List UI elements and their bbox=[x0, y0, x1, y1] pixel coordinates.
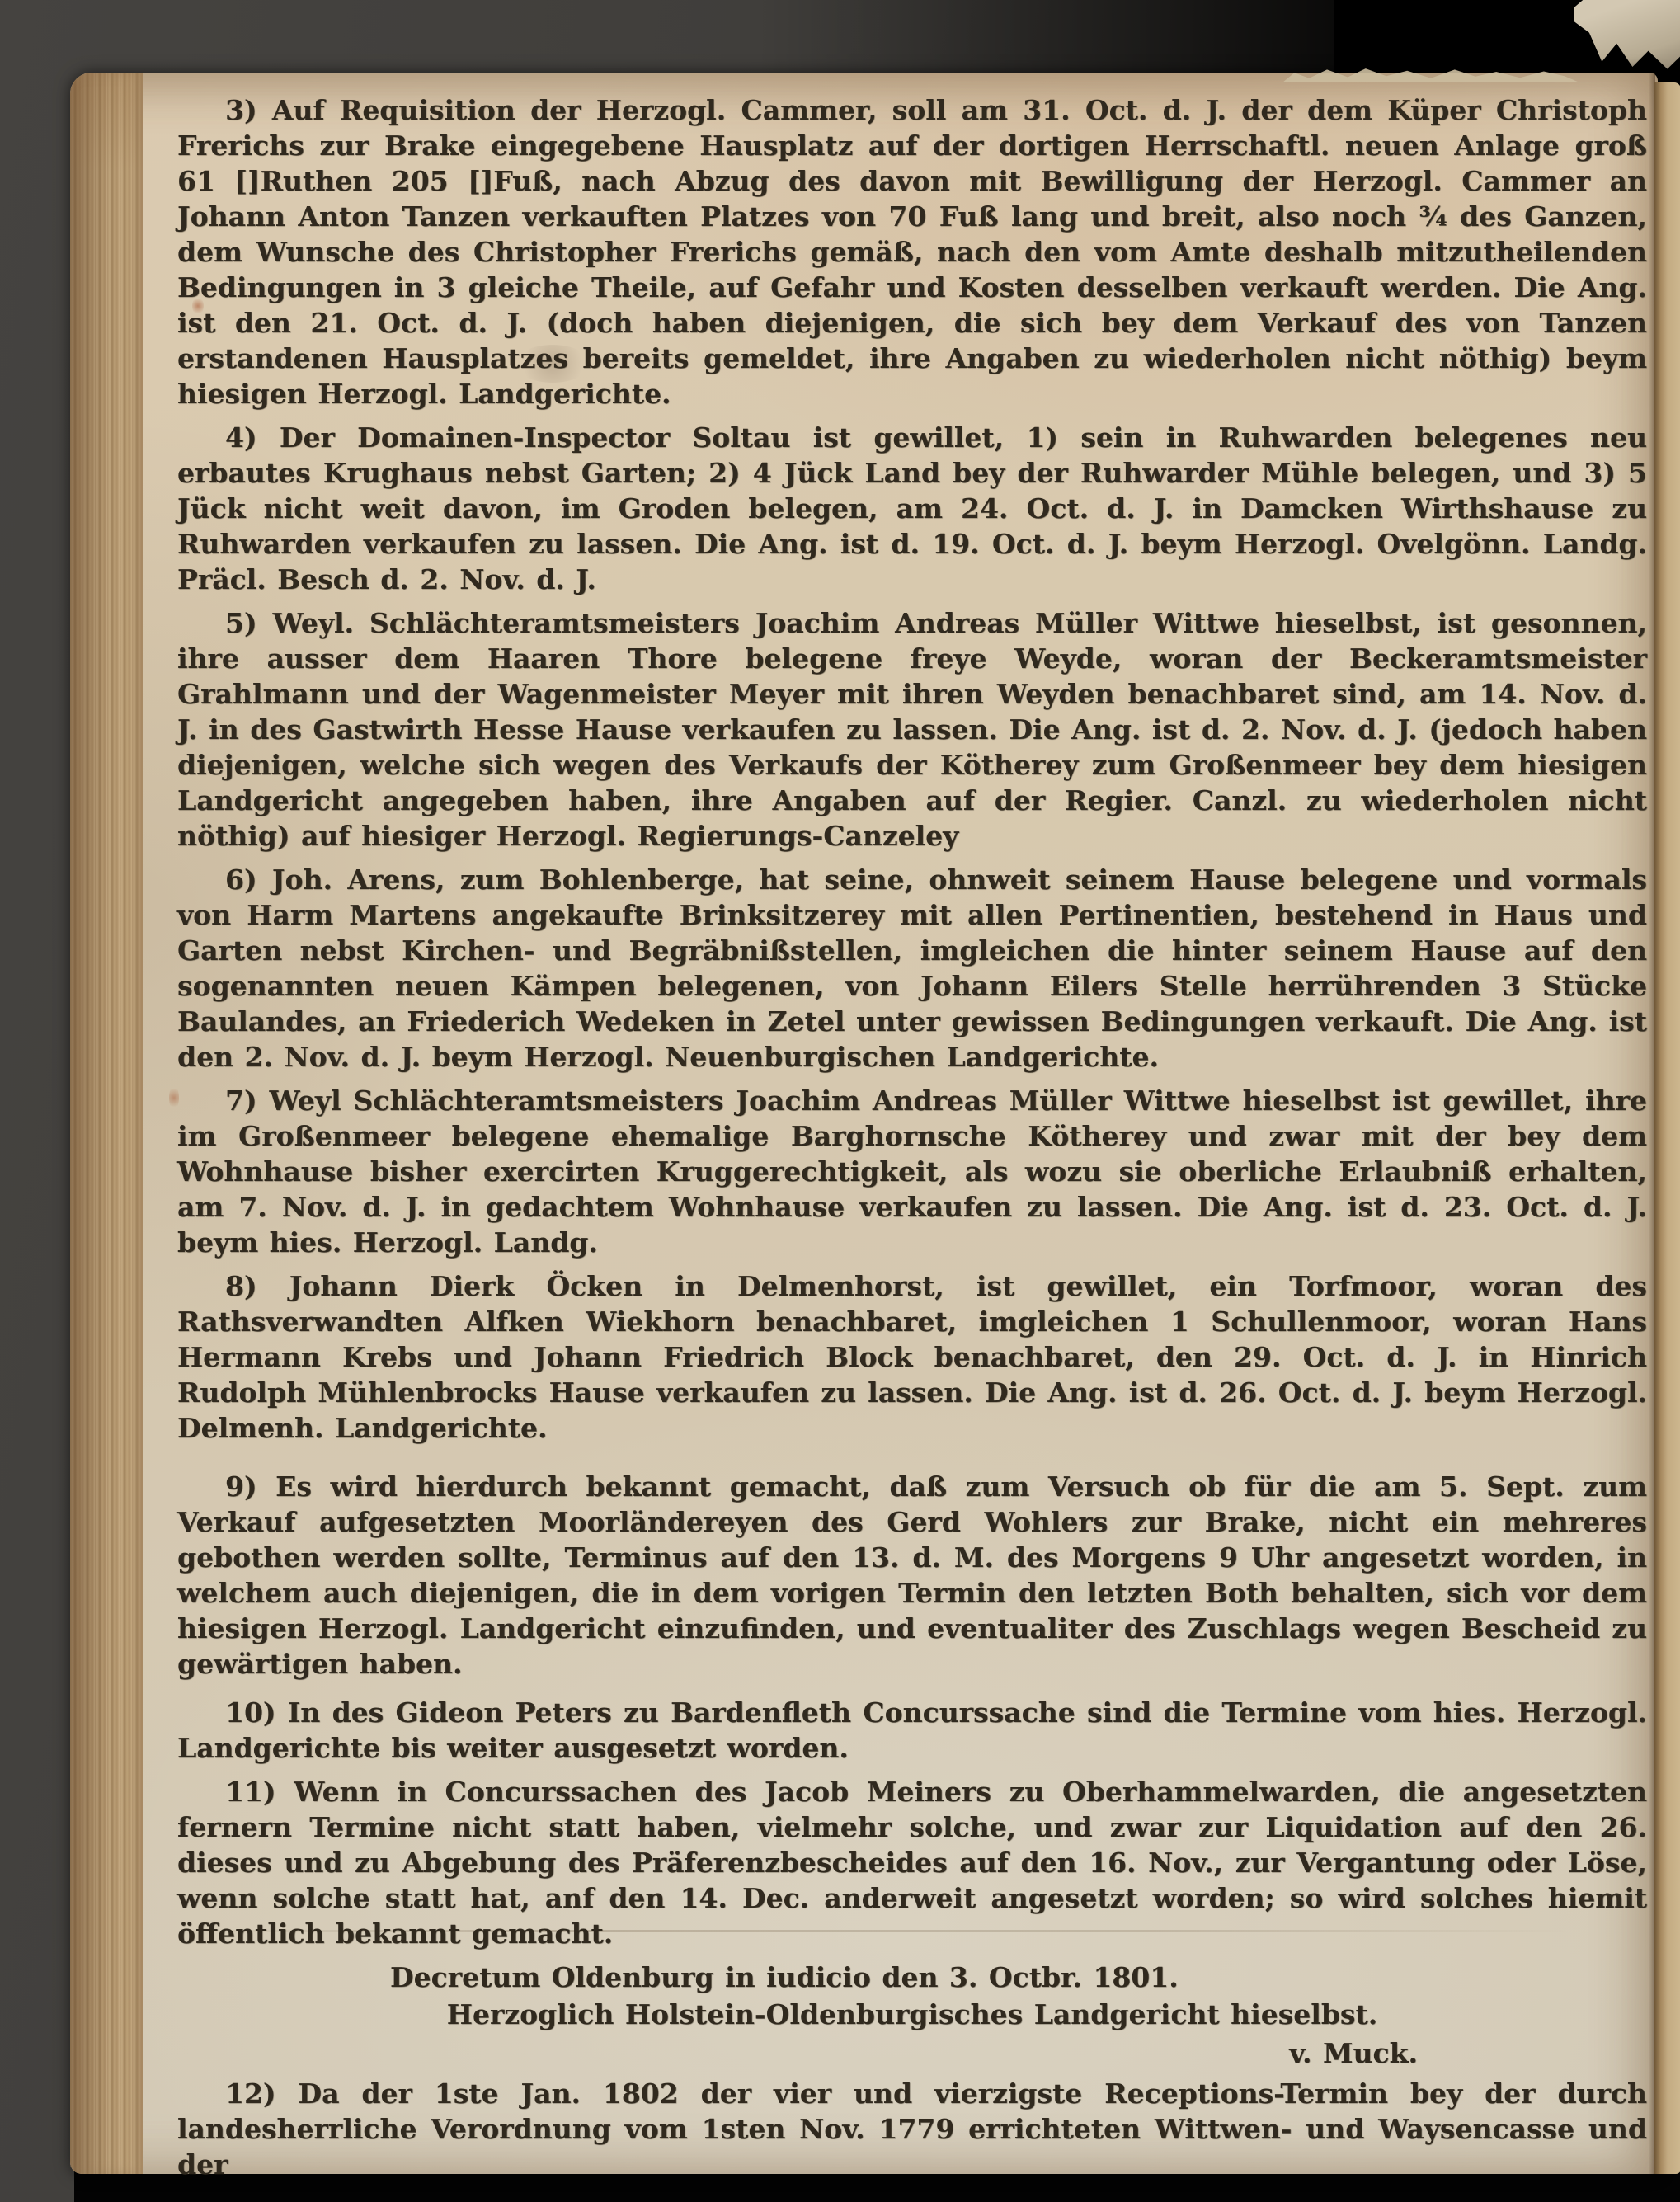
paragraph: 10) In des Gideon Peters zu Bardenfleth … bbox=[177, 1695, 1647, 1766]
book-photo: 3) Auf Requisition der Herzogl. Cammer, … bbox=[0, 0, 1680, 2202]
decretum-line: Decretum Oldenburg in iudicio den 3. Oct… bbox=[390, 1960, 1647, 1995]
page-fore-edge bbox=[1654, 82, 1680, 2174]
paragraph: 6) Joh. Arens, zum Bohlenberge, hat sein… bbox=[177, 862, 1647, 1075]
closing-paragraph: 12) Da der 1ste Jan. 1802 der vier und v… bbox=[177, 2076, 1647, 2182]
court-name-line: Herzoglich Holstein-Oldenburgisches Land… bbox=[177, 1997, 1647, 2032]
paragraph: 4) Der Domainen-Inspector Soltau ist gew… bbox=[177, 420, 1647, 597]
signature: v. Muck. bbox=[177, 2035, 1418, 2071]
book-page: 3) Auf Requisition der Herzogl. Cammer, … bbox=[70, 73, 1658, 2174]
paragraph: 11) Wenn in Concurssachen des Jacob Mein… bbox=[177, 1774, 1647, 1951]
notice-paragraphs: 3) Auf Requisition der Herzogl. Cammer, … bbox=[177, 92, 1647, 1951]
text-column: 3) Auf Requisition der Herzogl. Cammer, … bbox=[177, 92, 1647, 2182]
paragraph: 3) Auf Requisition der Herzogl. Cammer, … bbox=[177, 92, 1647, 412]
paragraph: 9) Es wird hierdurch bekannt gemacht, da… bbox=[177, 1469, 1647, 1682]
paragraph: 7) Weyl Schlächteramtsmeisters Joachim A… bbox=[177, 1083, 1647, 1260]
page-stack-edge bbox=[70, 73, 143, 2174]
paragraph: 5) Weyl. Schlächteramtsmeisters Joachim … bbox=[177, 605, 1647, 854]
paragraph: 8) Johann Dierk Öcken in Delmenhorst, is… bbox=[177, 1268, 1647, 1446]
